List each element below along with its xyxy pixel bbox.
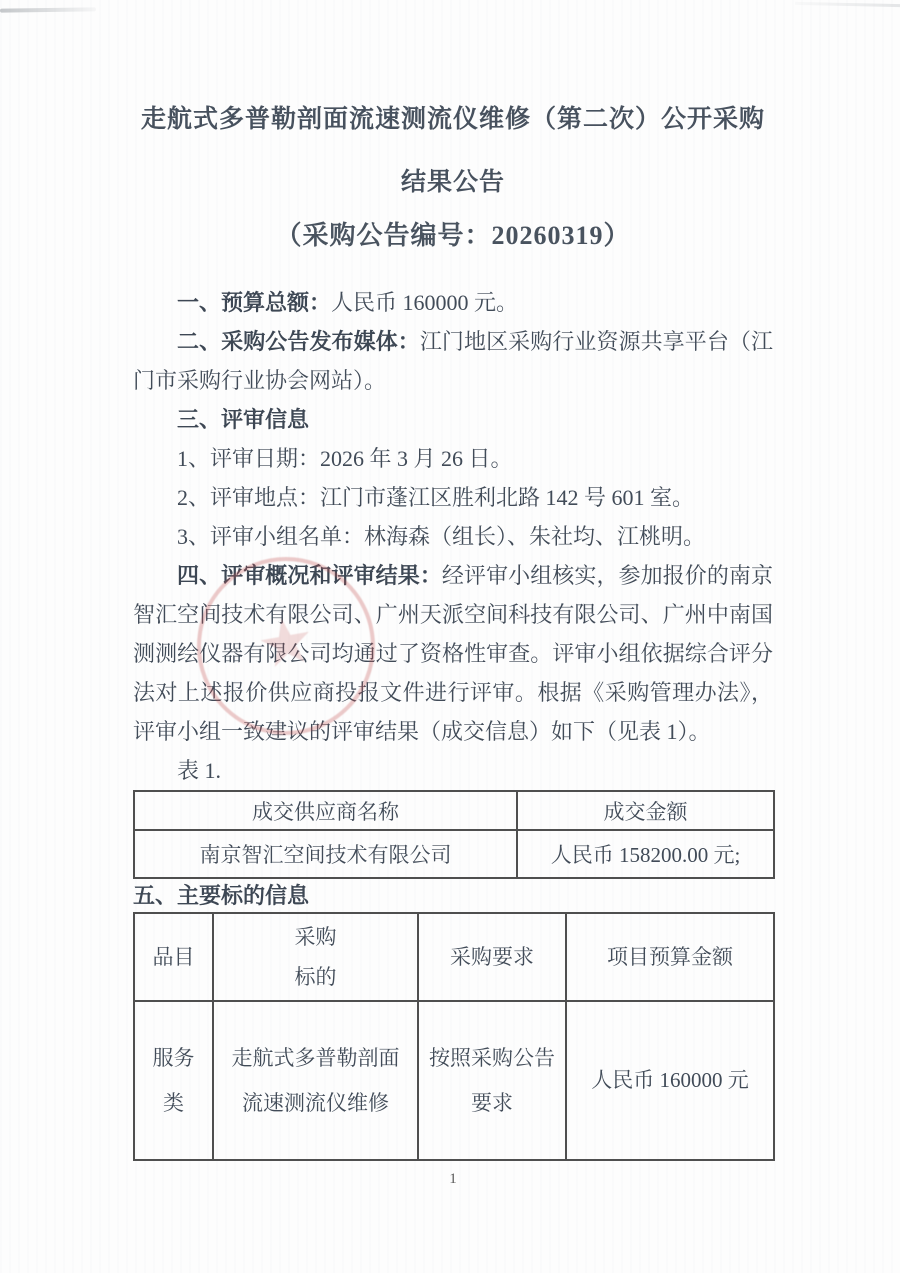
paragraph-publish-media: 二、采购公告发布媒体：江门地区采购行业资源共享平台（江门市采购行业协会网站）。	[133, 322, 773, 400]
document-page: 走航式多普勒剖面流速测流仪维修（第二次）公开采购 结果公告 （采购公告编号：20…	[0, 0, 900, 1273]
paragraph-label: 三、评审信息	[177, 407, 309, 432]
document-title-line1: 走航式多普勒剖面流速测流仪维修（第二次）公开采购	[133, 103, 773, 137]
column-header-budget: 项目预算金额	[566, 913, 774, 1001]
scan-artifact-streak-right	[795, 2, 900, 7]
column-header-requirement: 采购要求	[418, 913, 566, 1001]
announcement-number: （采购公告编号：20260319）	[133, 219, 773, 253]
paragraph-text: 经评审小组核实，参加报价的南京智汇空间技术有限公司、广州天派空间科技有限公司、广…	[133, 563, 773, 744]
cell-budget: 人民币 160000 元	[566, 1001, 774, 1160]
column-header-amount: 成交金额	[517, 791, 774, 830]
paragraph-text: 表 1.	[177, 758, 221, 783]
document-content: 走航式多普勒剖面流速测流仪维修（第二次）公开采购 结果公告 （采购公告编号：20…	[133, 103, 773, 1188]
cell-award-amount: 人民币 158200.00 元;	[517, 830, 774, 878]
procurement-subject-table: 品目 采购 标的 采购要求 项目预算金额 服务 类 走航式多普勒剖面 流速测流仪…	[133, 912, 775, 1161]
paragraph-text: 3、评审小组名单：林海森（组长）、朱社均、江桃明。	[177, 524, 705, 549]
table-header-row: 品目 采购 标的 采购要求 项目预算金额	[134, 913, 774, 1001]
cell-category: 服务 类	[134, 1001, 213, 1160]
paragraph-label: 二、采购公告发布媒体：	[177, 329, 420, 354]
paragraph-text: 1、评审日期：2026 年 3 月 26 日。	[177, 446, 513, 471]
column-header-supplier: 成交供应商名称	[134, 791, 517, 830]
column-header-category: 品目	[134, 913, 213, 1001]
paragraph-review-location: 2、评审地点：江门市蓬江区胜利北路 142 号 601 室。	[133, 478, 773, 517]
section5-heading: 五、主要标的信息	[133, 882, 773, 910]
paragraph-review-date: 1、评审日期：2026 年 3 月 26 日。	[133, 439, 773, 478]
paragraph-text: 2、评审地点：江门市蓬江区胜利北路 142 号 601 室。	[177, 485, 694, 510]
scan-artifact-streak-left	[0, 7, 96, 12]
paragraph-label: 一、预算总额：	[177, 290, 331, 315]
table1-caption: 表 1.	[133, 751, 773, 790]
table-header-row: 成交供应商名称 成交金额	[134, 791, 774, 830]
paragraph-review-result: 四、评审概况和评审结果：经评审小组核实，参加报价的南京智汇空间技术有限公司、广州…	[133, 556, 773, 751]
body-text: 一、预算总额：人民币 160000 元。 二、采购公告发布媒体：江门地区采购行业…	[133, 283, 773, 790]
table-row: 南京智汇空间技术有限公司 人民币 158200.00 元;	[134, 830, 774, 878]
paragraph-review-info-heading: 三、评审信息	[133, 400, 773, 439]
document-title-line2: 结果公告	[133, 166, 773, 200]
cell-subject: 走航式多普勒剖面 流速测流仪维修	[213, 1001, 418, 1160]
award-result-table: 成交供应商名称 成交金额 南京智汇空间技术有限公司 人民币 158200.00 …	[133, 790, 775, 879]
table-row: 服务 类 走航式多普勒剖面 流速测流仪维修 按照采购公告 要求 人民币 1600…	[134, 1001, 774, 1160]
page-number: 1	[133, 1170, 773, 1188]
paragraph-label: 四、评审概况和评审结果：	[177, 563, 442, 588]
paragraph-review-panel: 3、评审小组名单：林海森（组长）、朱社均、江桃明。	[133, 517, 773, 556]
column-header-subject: 采购 标的	[213, 913, 418, 1001]
paragraph-text: 人民币 160000 元。	[331, 290, 518, 315]
cell-requirement: 按照采购公告 要求	[418, 1001, 566, 1160]
cell-supplier-name: 南京智汇空间技术有限公司	[134, 830, 517, 878]
paragraph-budget-total: 一、预算总额：人民币 160000 元。	[133, 283, 773, 322]
